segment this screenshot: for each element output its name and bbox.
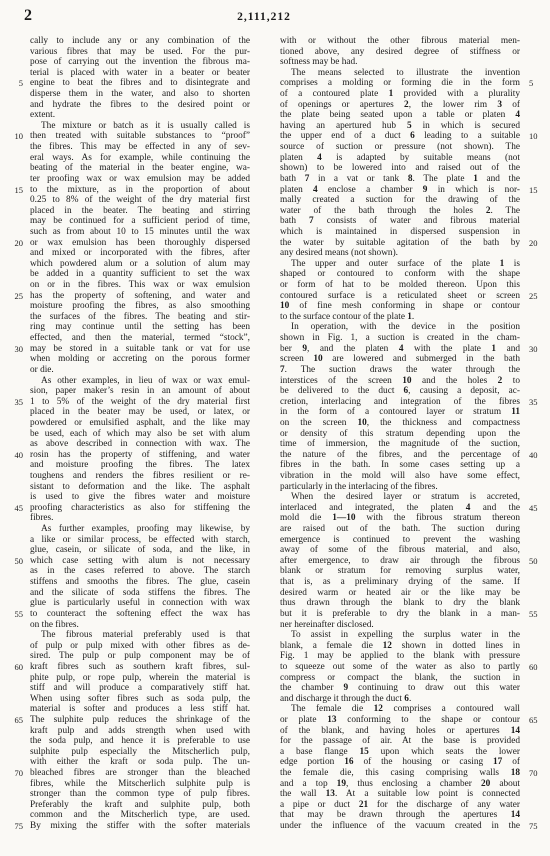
text-line: compress or compact the blank, the sucti… xyxy=(280,673,520,684)
text-line: which is maintained in dispersed suspens… xyxy=(280,227,520,238)
line-number: 35 xyxy=(529,397,544,408)
text-line: As further examples, proofing may likewi… xyxy=(30,524,250,535)
text-line: When using softer fibres such as soda pu… xyxy=(30,694,250,705)
line-number: 40 xyxy=(529,450,544,461)
line-number xyxy=(529,429,544,440)
text-line: or plate 13 conforming to the shape or c… xyxy=(280,715,520,726)
line-number xyxy=(529,386,544,397)
line-number: 45 xyxy=(8,503,23,514)
text-line: for the passage of air. At the base is p… xyxy=(280,736,520,747)
text-line: pose of carrying out the invention the f… xyxy=(30,57,250,68)
text-line: blank or stratum for removing surplus wa… xyxy=(280,566,520,577)
text-line: ber 9, and the platen 4 with the plate 1… xyxy=(280,344,520,355)
line-number xyxy=(8,673,23,684)
text-line: when molding or accreting on the porous … xyxy=(30,354,250,365)
left-margin-line-numbers: 51015202530354045505560657075 xyxy=(8,36,30,832)
line-number xyxy=(529,47,544,58)
line-number: 55 xyxy=(529,609,544,620)
text-line: and hydrate the fibres to the desired po… xyxy=(30,100,250,111)
text-line: on or in the fibres. This wax or wax emu… xyxy=(30,280,250,291)
text-line: the soda pulp, and hence it is preferabl… xyxy=(30,736,250,747)
reference-numeral: 19 xyxy=(337,779,346,789)
text-line: shown) to be lowered into and raised out… xyxy=(280,163,520,174)
reference-numeral: 1 xyxy=(491,344,496,354)
line-number xyxy=(529,566,544,577)
text-line: terial is placed with water in a beater … xyxy=(30,68,250,79)
text-line: screen 10 are lowered and submerged in t… xyxy=(280,354,520,365)
line-number: 70 xyxy=(8,768,23,779)
text-line: The sulphite pulp reduces the shrinkage … xyxy=(30,715,250,726)
text-line: are raised out of the bath. The suction … xyxy=(280,524,520,535)
line-number xyxy=(529,789,544,800)
line-number xyxy=(529,471,544,482)
reference-numeral: 7 xyxy=(309,216,314,226)
line-number xyxy=(529,577,544,588)
reference-numeral: 1—10 xyxy=(332,513,355,523)
line-number: 50 xyxy=(529,556,544,567)
text-line: 10 of fine mesh conforming in shape or c… xyxy=(280,301,520,312)
text-line: Fig. 1 may be applied to the blank with … xyxy=(280,651,520,662)
text-line: ter proofing wax or wax emulsion may be … xyxy=(30,174,250,185)
line-number xyxy=(529,174,544,185)
line-number xyxy=(529,376,544,387)
text-line: The female die 12 comprises a contoured … xyxy=(280,704,520,715)
text-line: and the silicate of soda stiffens the fi… xyxy=(30,588,250,599)
text-line: sulphite pulp especially the Mitscherlic… xyxy=(30,747,250,758)
line-number xyxy=(8,683,23,694)
line-number xyxy=(529,312,544,323)
text-line: of a contoured plate 1 provided with a p… xyxy=(280,89,520,100)
text-line: placed in the beater. The beating and st… xyxy=(30,206,250,217)
line-number: 10 xyxy=(529,131,544,142)
text-body: 51015202530354045505560657075 cally to i… xyxy=(8,36,544,832)
text-line: bleached fibres are stronger than the bl… xyxy=(30,768,250,779)
text-line: of pulp or pulp mixed with other fibres … xyxy=(30,641,250,652)
text-line: be used, each of which may also be set w… xyxy=(30,429,250,440)
text-line: may be stored in a suitable tank or vat … xyxy=(30,344,250,355)
line-number xyxy=(8,407,23,418)
text-line: The means selected to illustrate the inv… xyxy=(280,68,520,79)
text-line: shown in Fig. 1, a suction is created in… xyxy=(280,333,520,344)
line-number xyxy=(8,439,23,450)
line-number xyxy=(529,620,544,631)
text-line: and a top 19, thus enclosing a chamber 2… xyxy=(280,779,520,790)
line-number: 25 xyxy=(8,291,23,302)
line-number xyxy=(8,800,23,811)
line-number xyxy=(529,439,544,450)
line-number xyxy=(8,429,23,440)
text-line: disperse them in the water, and also to … xyxy=(30,89,250,100)
reference-numeral: 13 xyxy=(327,715,336,725)
text-line: of openings or apertures 2, the lower ri… xyxy=(280,100,520,111)
line-number xyxy=(529,110,544,121)
line-number xyxy=(8,598,23,609)
line-number xyxy=(529,206,544,217)
line-number xyxy=(8,747,23,758)
text-line: placed in the beater may be used, or lat… xyxy=(30,407,250,418)
line-number: 55 xyxy=(8,609,23,620)
line-number xyxy=(529,418,544,429)
text-line: has the property of softening, and water… xyxy=(30,291,250,302)
text-line: with or without the other fibrous materi… xyxy=(280,36,520,47)
line-number: 35 xyxy=(8,397,23,408)
line-number xyxy=(8,195,23,206)
text-line: engine to beat the fibres and to disinte… xyxy=(30,78,250,89)
line-number xyxy=(8,100,23,111)
text-line: a base flange 15 upon which seats the lo… xyxy=(280,747,520,758)
text-line: cally to include any or any combination … xyxy=(30,36,250,47)
reference-numeral: 12 xyxy=(383,641,392,651)
line-number xyxy=(8,174,23,185)
reference-numeral: 6 xyxy=(404,386,409,396)
line-number xyxy=(8,121,23,132)
text-line: of the blank, and having holes or apertu… xyxy=(280,726,520,737)
line-number xyxy=(529,651,544,662)
line-number xyxy=(8,471,23,482)
reference-numeral: 10 xyxy=(280,301,289,311)
line-number xyxy=(529,407,544,418)
line-number xyxy=(529,248,544,259)
text-line: any desired means (not shown). xyxy=(280,248,520,259)
text-line: stronger than the common type of pulp fi… xyxy=(30,789,250,800)
line-number xyxy=(529,630,544,641)
text-line: vibration in the mold will also have som… xyxy=(280,471,520,482)
line-number xyxy=(8,524,23,535)
text-line: phite pulp, or rope pulp, wherein the ma… xyxy=(30,673,250,684)
reference-numeral: 15 xyxy=(359,747,368,757)
text-line: or die. xyxy=(30,365,250,376)
reference-numeral: 7 xyxy=(305,174,310,184)
line-number xyxy=(8,280,23,291)
line-number: 10 xyxy=(8,131,23,142)
text-line: source of suction or pressure (not shown… xyxy=(280,142,520,153)
reference-numeral: 20 xyxy=(481,779,490,789)
reference-numeral: 3 xyxy=(497,100,502,110)
reference-numeral: 17 xyxy=(493,757,502,767)
text-line: effected, and then the material, termed … xyxy=(30,333,250,344)
line-number: 15 xyxy=(8,185,23,196)
text-line: proofing characteristics as also for sti… xyxy=(30,503,250,514)
text-line: be added in a quantity sufficient to set… xyxy=(30,269,250,280)
text-line: bath 7 in a vat or tank 8. The plate 1 a… xyxy=(280,174,520,185)
text-line: the plate being seated upon a table or p… xyxy=(280,110,520,121)
line-number xyxy=(529,365,544,376)
line-number xyxy=(8,694,23,705)
line-number xyxy=(8,312,23,323)
line-number: 45 xyxy=(529,503,544,514)
patent-number: 2,111,212 xyxy=(0,11,528,23)
text-line: various fibres that may be used. For the… xyxy=(30,47,250,58)
line-number xyxy=(8,333,23,344)
line-number xyxy=(8,641,23,652)
text-line: to squeeze out some of the water as also… xyxy=(280,662,520,673)
page-header: 2 2,111,212 xyxy=(0,6,550,32)
text-line: glue is particularly useful in connectio… xyxy=(30,598,250,609)
reference-numeral: 1 xyxy=(473,174,478,184)
line-number xyxy=(8,216,23,227)
line-number xyxy=(529,513,544,524)
line-number xyxy=(529,704,544,715)
text-line: moisture proofing the fibres, as also sm… xyxy=(30,301,250,312)
line-number xyxy=(529,163,544,174)
line-number xyxy=(529,57,544,68)
right-margin-line-numbers: 51015202530354045505560657075 xyxy=(520,36,544,832)
text-line: a like or similar process, be effected w… xyxy=(30,535,250,546)
line-number xyxy=(8,492,23,503)
text-line: ner hereinafter disclosed. xyxy=(280,620,520,631)
line-number xyxy=(8,779,23,790)
reference-numeral: 21 xyxy=(359,800,368,810)
reference-numeral: 14 xyxy=(511,726,520,736)
text-line: mally created a suction for the drawing … xyxy=(280,195,520,206)
line-number xyxy=(529,142,544,153)
text-line: the chamber 9 continuing to draw out thi… xyxy=(280,683,520,694)
reference-numeral: 2 xyxy=(404,100,409,110)
line-number xyxy=(8,651,23,662)
line-number xyxy=(8,630,23,641)
line-number xyxy=(8,810,23,821)
line-number xyxy=(529,747,544,758)
text-line: be delivered to the duct 6, causing a de… xyxy=(280,386,520,397)
text-line: rosin has the property of stiffening, an… xyxy=(30,450,250,461)
line-number: 65 xyxy=(529,715,544,726)
line-number xyxy=(529,545,544,556)
text-line: or wax emulsion has been thoroughly disp… xyxy=(30,238,250,249)
text-line: water of the bath through the holes 2. T… xyxy=(280,206,520,217)
patent-page: 2 2,111,212 5101520253035404550556065707… xyxy=(0,0,550,856)
text-line: beating of the material in the beater en… xyxy=(30,163,250,174)
line-number xyxy=(8,620,23,631)
line-number xyxy=(529,683,544,694)
text-line: The upper and outer surface of the plate… xyxy=(280,259,520,270)
line-number xyxy=(8,365,23,376)
line-number xyxy=(529,195,544,206)
text-line: As other examples, in lieu of wax or wax… xyxy=(30,376,250,387)
text-line: stiff and will produce a comparatively s… xyxy=(30,683,250,694)
line-number xyxy=(529,598,544,609)
line-number xyxy=(8,418,23,429)
reference-numeral: 14 xyxy=(511,810,520,820)
line-number xyxy=(8,354,23,365)
line-number xyxy=(8,460,23,471)
line-number: 5 xyxy=(8,78,23,89)
text-line: To assist in expelling the surplus water… xyxy=(280,630,520,641)
line-number xyxy=(8,227,23,238)
line-number xyxy=(8,736,23,747)
line-number xyxy=(8,577,23,588)
line-number xyxy=(529,280,544,291)
text-line: such as from about 10 to 15 minutes unti… xyxy=(30,227,250,238)
text-line: glue, casein, or silicate of soda, and t… xyxy=(30,545,250,556)
line-number xyxy=(8,110,23,121)
line-number xyxy=(529,736,544,747)
reference-numeral: 9 xyxy=(302,344,307,354)
line-number xyxy=(8,248,23,259)
line-number xyxy=(529,259,544,270)
text-line: contoured surface is a reticulated sheet… xyxy=(280,291,520,302)
line-number xyxy=(529,153,544,164)
text-line: as above described in connection with wa… xyxy=(30,439,250,450)
text-line: The mixture or batch as it is usually ca… xyxy=(30,121,250,132)
text-line: is used to give the fibres water and moi… xyxy=(30,492,250,503)
line-number xyxy=(8,513,23,524)
text-line: on the fibres. xyxy=(30,620,250,631)
line-number xyxy=(8,89,23,100)
text-line: toughens and renders the fibres resilien… xyxy=(30,471,250,482)
reference-numeral: 1 xyxy=(389,89,394,99)
text-line: emergence is continued to prevent the wa… xyxy=(280,535,520,546)
text-line: or density of this stratum depending upo… xyxy=(280,429,520,440)
line-number xyxy=(8,47,23,58)
line-number xyxy=(529,482,544,493)
text-line: having an apertured hub 5 in which is se… xyxy=(280,121,520,132)
text-line: mold die 1—10 with the fibrous stratum t… xyxy=(280,513,520,524)
line-number xyxy=(529,301,544,312)
text-line: the water by suitable agitation of the b… xyxy=(280,238,520,249)
text-line: to the surface contour of the plate 1. xyxy=(280,312,520,323)
text-line: blank, a female die 12 shown in dotted l… xyxy=(280,641,520,652)
text-line: which powdered alum or a solution of alu… xyxy=(30,259,250,270)
text-line: interstices of the screen 10 and the hol… xyxy=(280,376,520,387)
text-line: When the desired layer or stratum is acc… xyxy=(280,492,520,503)
line-number xyxy=(8,153,23,164)
text-line: Preferably the kraft and sulphite pulp, … xyxy=(30,800,250,811)
text-line: time of immersion, the magnitude of the … xyxy=(280,439,520,450)
line-number xyxy=(8,535,23,546)
reference-numeral: 8 xyxy=(408,174,413,184)
line-number: 30 xyxy=(529,344,544,355)
line-number xyxy=(529,726,544,737)
reference-numeral: 4 xyxy=(317,153,322,163)
line-number xyxy=(8,376,23,387)
text-line: and moisture proofing the fibres. The la… xyxy=(30,460,250,471)
line-number: 15 xyxy=(529,185,544,196)
line-number xyxy=(8,588,23,599)
text-line: comprises a molding or forming die in th… xyxy=(280,78,520,89)
line-number: 70 xyxy=(529,768,544,779)
line-number xyxy=(529,757,544,768)
text-line: with either the kraft or soda pulp. The … xyxy=(30,757,250,768)
text-line: or form of hat to be molded thereon. Upo… xyxy=(280,280,520,291)
line-number xyxy=(529,588,544,599)
column-gutter xyxy=(250,36,280,832)
line-number xyxy=(8,163,23,174)
text-line: The fibrous material preferably used is … xyxy=(30,630,250,641)
line-number: 30 xyxy=(8,344,23,355)
reference-numeral: 10 xyxy=(357,418,366,428)
reference-numeral: 10 xyxy=(313,354,322,364)
reference-numeral: 6 xyxy=(404,694,409,704)
text-line: common and the Mitscherlich type, are us… xyxy=(30,810,250,821)
text-line: In operation, with the device in the pos… xyxy=(280,322,520,333)
reference-numeral: 18 xyxy=(511,768,520,778)
reference-numeral: 9 xyxy=(423,185,428,195)
line-number xyxy=(8,57,23,68)
reference-numeral: 11 xyxy=(511,407,520,417)
text-line: ring may continue until the setting has … xyxy=(30,322,250,333)
reference-numeral: 4 xyxy=(313,185,318,195)
text-line: thus drawn through the blank to dry the … xyxy=(280,598,520,609)
reference-numeral: 1 xyxy=(500,259,505,269)
line-number xyxy=(529,694,544,705)
line-number: 40 xyxy=(8,450,23,461)
line-number xyxy=(8,726,23,737)
line-number xyxy=(8,757,23,768)
line-number xyxy=(8,206,23,217)
text-line: extent. xyxy=(30,110,250,121)
line-number: 50 xyxy=(8,556,23,567)
text-line: 1 to 5% of the weight of the dry materia… xyxy=(30,397,250,408)
text-line: kraft fibres such as southern kraft fibr… xyxy=(30,662,250,673)
line-number: 20 xyxy=(8,238,23,249)
text-line: sired. The pulp or pulp component may be… xyxy=(30,651,250,662)
text-line: in the form of a contoured layer or stra… xyxy=(280,407,520,418)
text-line: fibres in the bath. In some cases settin… xyxy=(280,460,520,471)
text-line: may be continued for a sufficient period… xyxy=(30,216,250,227)
line-number xyxy=(8,301,23,312)
line-number xyxy=(529,36,544,47)
text-line: to counteract the softening effect the w… xyxy=(30,609,250,620)
text-line: sistant to deformation and the like. The… xyxy=(30,482,250,493)
text-line: edge portion 16 of the housing or casing… xyxy=(280,757,520,768)
line-number xyxy=(529,333,544,344)
line-number xyxy=(529,492,544,503)
text-line: 7. The suction draws the water through t… xyxy=(280,365,520,376)
text-line: on the screen 10, the thickness and comp… xyxy=(280,418,520,429)
line-number xyxy=(529,89,544,100)
text-line: eral ways. As for example, while continu… xyxy=(30,153,250,164)
reference-numeral: 2 xyxy=(498,376,503,386)
text-line: and mixed or incorporated with the fibre… xyxy=(30,248,250,259)
text-line: bath 7 consists of water and fibrous mat… xyxy=(280,216,520,227)
line-number xyxy=(8,566,23,577)
text-line: particularly in the interlacing of the f… xyxy=(280,482,520,493)
text-line: and discharge it through the duct 6. xyxy=(280,694,520,705)
reference-numeral: 2 xyxy=(486,206,491,216)
text-line: that is, as a preliminary drying of the … xyxy=(280,577,520,588)
text-line: kraft pulp and adds strength when used w… xyxy=(30,726,250,737)
reference-numeral: 6 xyxy=(410,131,415,141)
line-number xyxy=(8,789,23,800)
line-number: 65 xyxy=(8,715,23,726)
text-line: that may be drawn through the apertures … xyxy=(280,810,520,821)
text-line: material is softer and produces a less s… xyxy=(30,704,250,715)
text-line: the upper end of a duct 6 leading to a s… xyxy=(280,131,520,142)
line-number xyxy=(8,322,23,333)
reference-numeral: 10 xyxy=(402,376,411,386)
reference-numeral: 16 xyxy=(344,757,353,767)
line-number xyxy=(529,800,544,811)
line-number xyxy=(529,460,544,471)
line-number xyxy=(8,545,23,556)
text-line: powdered or emulsified asphalt, and the … xyxy=(30,418,250,429)
reference-numeral: 7 xyxy=(280,365,285,375)
text-line: away of some of the fibrous material, an… xyxy=(280,545,520,556)
line-number xyxy=(529,121,544,132)
text-line: desired warm or heated air or the like m… xyxy=(280,588,520,599)
line-number: 25 xyxy=(529,291,544,302)
left-text-column: cally to include any or any combination … xyxy=(30,36,250,832)
text-line: platen 4 is adapted by suitable means (n… xyxy=(280,153,520,164)
line-number xyxy=(529,535,544,546)
line-number xyxy=(8,36,23,47)
line-number xyxy=(8,704,23,715)
line-number: 5 xyxy=(529,78,544,89)
reference-numeral: 9 xyxy=(343,683,348,693)
reference-numeral: 13 xyxy=(326,789,335,799)
reference-numeral: 5 xyxy=(407,121,412,131)
line-number xyxy=(529,779,544,790)
